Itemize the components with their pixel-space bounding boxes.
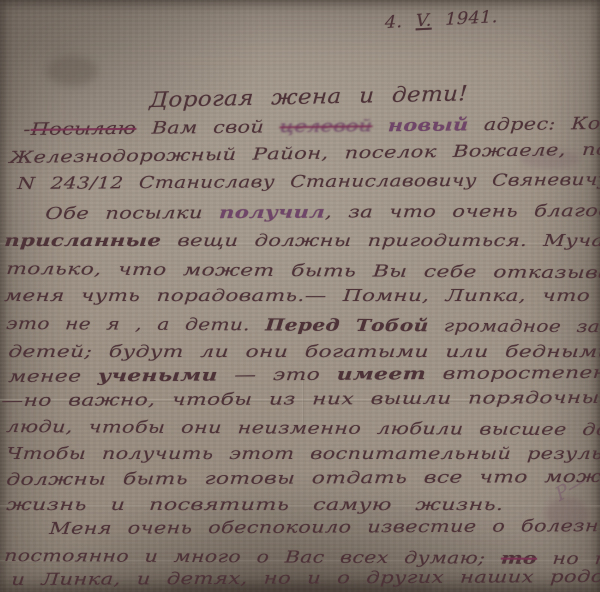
handwriting-segment: второстепенное значение [426,362,600,383]
handwriting-segment: это не я , а дети. [6,314,267,334]
handwriting-line: N 243/12 Станиславу Станиславовичу Свяне… [17,170,600,193]
handwriting-segment: Перед Тобой [265,315,430,335]
handwriting-segment: громадное задание: воспитать [428,316,600,337]
handwriting-line: жизнь и посвятить самую жизнь. [6,495,505,514]
handwriting-segment: Посылаю [30,119,137,140]
handwriting-segment: то [500,549,537,568]
handwriting-segment: V. [416,11,432,32]
handwriting-segment: Железнодорожный Район, поселок Вожаеле, … [9,137,600,167]
handwriting-segment: вещи должны пригодиться. Мучает меня [161,231,600,250]
handwriting-line: Железнодорожный Район, поселок Вожаеле, … [9,137,600,167]
letter-date: 4. V. 1941. [385,7,498,33]
handwriting-segment: только, что может быть Вы себе отказывае… [6,259,600,283]
handwriting-segment: имеет [336,364,426,384]
handwriting-line: —но важно, чтобы из них вышли порядочные… [1,387,600,410]
letter-photograph: Photograph of a handwritten Russian lett… [0,0,600,592]
handwriting-segment: учеными [97,366,218,386]
letter-salutation: Дорогая жена и дети! [149,81,469,112]
handwriting-segment: — это [217,365,337,385]
ink-smudge [46,56,98,86]
handwriting-line: и Линка, и детях, но и о других наших ро… [11,566,600,589]
handwriting-segment: постоянно и много о Вас всех думаю; [4,546,502,568]
handwriting-segment: присланные [4,231,162,250]
handwriting-segment: новый [387,115,469,136]
handwriting-segment: 1941. [432,7,498,31]
handwriting-segment: N 243/12 [17,173,125,193]
handwriting-line: только, что может быть Вы себе отказывае… [6,259,600,283]
handwriting-segment: менее [8,366,99,386]
handwriting-segment: получил [218,203,325,223]
handwriting-line: Меня очень обеспокоило известие о болезн… [49,516,600,538]
handwriting-segment: вышли порядочные, честные [370,387,600,408]
handwriting-line: менее учеными — это имеет второстепенное… [8,362,600,386]
handwriting-segment: — [1,391,24,410]
handwriting-segment: меня чуть порадовать.— Помни, Липка, что… [4,286,600,305]
handwriting-line: люди, чтобы они неизменно любили высшее … [6,417,600,440]
handwriting-segment: люди, чтобы они неизменно любили высшее … [6,417,600,440]
handwriting-segment: Станиславу Станиславовичу Свяневичу [138,170,600,192]
handwriting-line: должны быть готовы отдать все что может … [6,466,600,489]
handwriting-line: детей; будут ли они богатыми или бедными… [8,342,600,361]
handwriting-segment: целевой [279,116,373,137]
handwriting-segment: Вам свой [136,117,281,139]
handwriting-line: Обе посылки получил, за что очень благод… [45,200,600,223]
handwriting-line: Чтобы получить этот воспитательный резул… [6,444,600,463]
handwriting-line: меня чуть порадовать.— Помни, Липка, что… [4,286,600,305]
handwriting-segment: но важно, чтобы из них [23,389,371,410]
handwriting-line: это не я , а дети. Перед Тобой громадное… [6,314,600,337]
handwriting-segment: , за что очень благодарен. Все [325,200,600,221]
handwriting-segment: детей; будут ли они богатыми или бедными… [8,342,600,361]
handwriting-segment: 4. [385,11,416,33]
handwriting-line: постоянно и много о Вас всех думаю; то н… [4,546,600,569]
handwriting-segment: Обе посылки [45,203,220,223]
handwriting-segment: Чтобы получить этот воспитательный резул… [6,444,600,463]
handwriting-segment: должны быть готовы отдать все что может … [6,466,600,489]
handwriting-segment [372,116,389,136]
handwriting-line: -Посылаю Вам свой целевой новый адрес: К… [23,113,600,140]
handwriting-segment: адрес: Коми АССР, [468,113,600,136]
handwriting-segment: но тол [536,549,600,569]
handwriting-segment: и Линка, и детях, но и о других наших ро… [11,567,600,589]
handwriting-segment [123,173,140,192]
handwriting-segment: Меня очень обеспокоило известие о болезн… [49,516,600,538]
handwriting-line: присланные вещи должны пригодиться. Муча… [4,231,600,250]
handwriting-segment: жизнь и посвятить самую жизнь. [6,495,505,514]
handwriting-segment: Дорогая жена и дети! [149,81,469,112]
